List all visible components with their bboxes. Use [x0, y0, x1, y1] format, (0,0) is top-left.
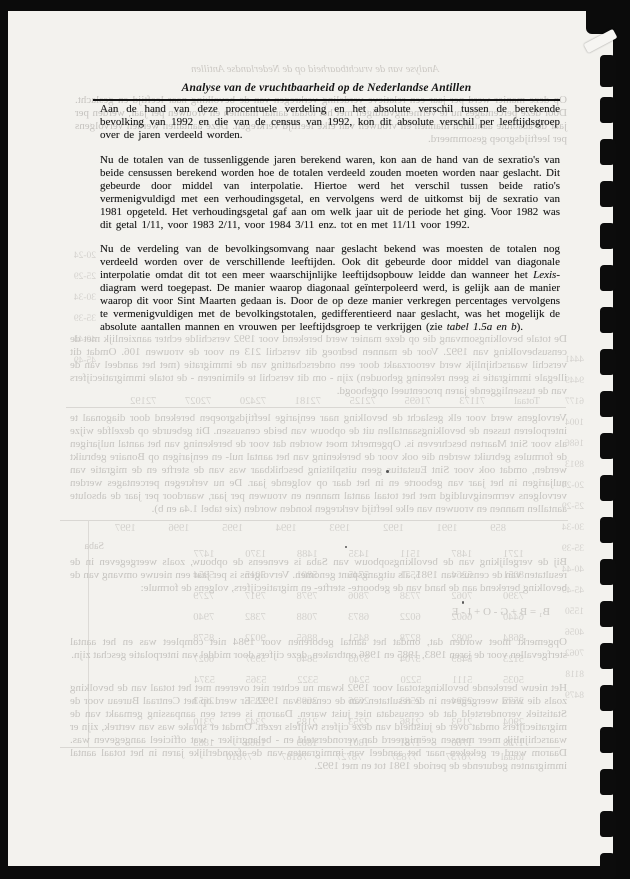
header-rule	[93, 99, 560, 101]
binding-hole	[600, 769, 616, 795]
binding-hole	[600, 685, 616, 711]
paragraph-1: Aan de hand van deze procentuele verdeli…	[100, 103, 560, 142]
paragraph-3: Nu de verdeling van de bevolkingsomvang …	[100, 243, 560, 334]
binding-hole	[600, 517, 616, 543]
binding-hole	[600, 601, 616, 627]
binding-hole	[600, 55, 616, 87]
binding-hole	[600, 349, 616, 375]
ghost-rule-3	[60, 747, 560, 748]
ghost-line: 25-29	[546, 497, 584, 518]
binding-hole	[600, 643, 616, 669]
running-header-title: Analyse van de vruchtbaarheid op de Nede…	[93, 82, 560, 94]
binding-hole	[600, 139, 616, 165]
ghost-line: 1686	[546, 434, 584, 455]
scan-speck	[386, 470, 389, 473]
ghost-line: 8913	[546, 455, 584, 476]
scan-speck	[462, 601, 464, 604]
paragraph-3-text: ).	[517, 321, 523, 333]
binding-hole	[600, 265, 616, 291]
scan-edge-top	[0, 0, 630, 11]
paragraph-2: Nu de totalen van de tussenliggende jare…	[100, 154, 560, 232]
ghost-line: 6177	[546, 392, 584, 413]
ghost-line: 30-34	[546, 518, 584, 539]
binding-hole	[600, 97, 616, 123]
paragraph-3-text: Nu de verdeling van de bevolkingsomvang …	[100, 243, 560, 281]
scanned-page: Analyse van de vruchtbaarheid op de Nede…	[0, 0, 630, 879]
binding-hole	[600, 223, 616, 249]
ghost-rule-2	[60, 520, 568, 521]
binding-hole	[600, 475, 616, 501]
scan-edge-bottom	[0, 866, 630, 879]
ghost-line: 20-24	[546, 476, 584, 497]
binding-hole	[600, 559, 616, 585]
ghost-line: 20-24	[60, 246, 96, 267]
binding-hole	[600, 853, 616, 879]
ghost-line: 1550	[546, 602, 584, 623]
ghost-paragraph-b: De totale bevolkingsomvang die op deze m…	[70, 333, 567, 398]
ghost-paragraph-e: Opgemerkt moet worden dat, omdat het aan…	[70, 636, 567, 662]
ghost-line: 4441	[546, 350, 584, 371]
ghost-formula: B₁ = B + G - O + I - E	[440, 606, 550, 619]
ghost-paragraph-d: Bij de vergelijking van de bevolkingsopb…	[70, 556, 567, 595]
scan-edge-left	[0, 0, 8, 879]
ghost-paragraph-c: Vervolgens werd voor elk geslacht de bev…	[70, 412, 567, 516]
scan-corner-top-right	[586, 0, 630, 34]
binding-hole	[600, 433, 616, 459]
ghost-line: 25-29	[60, 267, 96, 288]
ghost-line: 30-34	[60, 288, 96, 309]
lexis-term: Lexis	[533, 269, 556, 281]
ghost-total-row-bottom: totaal 76737 77857 78727 78187 77810	[94, 751, 524, 764]
ghost-line: 35-39	[60, 309, 96, 330]
ghost-line: 9449	[546, 371, 584, 392]
ghost-line: 1004	[546, 413, 584, 434]
ghost-rule-1	[66, 407, 566, 408]
scan-speck	[345, 546, 347, 548]
ghost-header: Analyse van de vruchtbaarheid op de Nede…	[150, 63, 480, 76]
binding-hole	[600, 181, 616, 207]
binding-hole	[600, 727, 616, 753]
binding-hole	[600, 307, 616, 333]
binding-hole	[600, 391, 616, 417]
ghost-years-row: 859 1991 1992 1993 1994 1995 1996 1997	[66, 522, 506, 535]
table-reference: tabel 1.5a en b	[447, 321, 517, 333]
binding-hole	[600, 811, 616, 837]
